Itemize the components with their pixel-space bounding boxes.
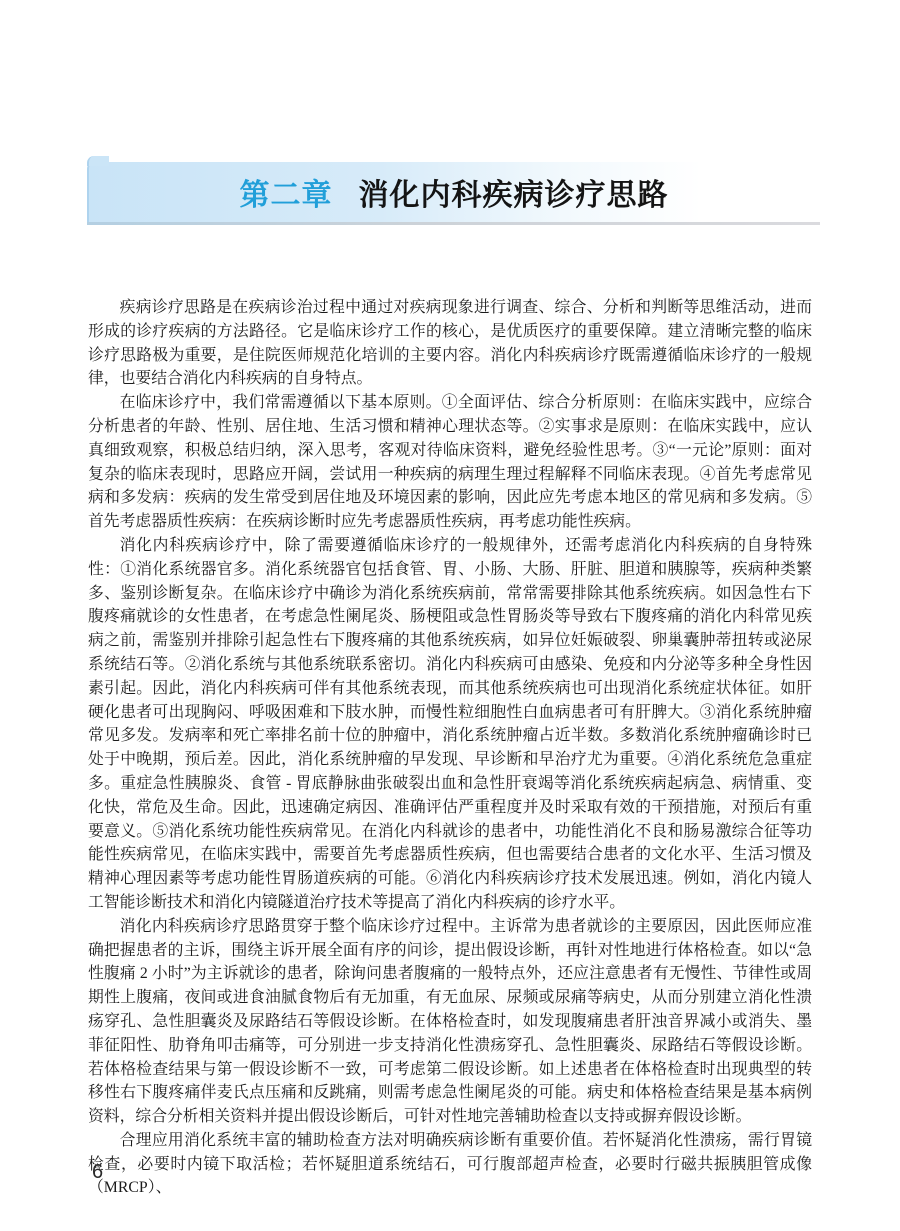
body-paragraph-1: 疾病诊疗思路是在疾病诊治过程中通过对疾病现象进行调查、综合、分析和判断等思维活动… — [88, 296, 812, 391]
page-number: 6 — [92, 1161, 103, 1184]
chapter-number-label: 第二章 — [240, 170, 333, 214]
body-content: 疾病诊疗思路是在疾病诊治过程中通过对疾病现象进行调查、综合、分析和判断等思维活动… — [88, 296, 812, 1200]
body-paragraph-2: 在临床诊疗中，我们常需遵循以下基本原则。①全面评估、综合分析原则：在临床实践中，… — [88, 391, 812, 534]
body-paragraph-5: 合理应用消化系统丰富的辅助检查方法对明确疾病诊断有重要价值。若怀疑消化性溃疡，需… — [88, 1129, 812, 1200]
chapter-banner: 第二章 消化内科疾病诊疗思路 — [87, 162, 819, 222]
body-paragraph-4: 消化内科疾病诊疗思路贯穿于整个临床诊疗过程中。主诉常为患者就诊的主要原因，因此医… — [88, 915, 812, 1129]
body-paragraph-3: 消化内科疾病诊疗中，除了需要遵循临床诊疗的一般规律外，还需考虑消化内科疾病的自身… — [88, 534, 812, 915]
chapter-title: 消化内科疾病诊疗思路 — [359, 170, 669, 214]
book-page: 第二章 消化内科疾病诊疗思路 疾病诊疗思路是在疾病诊治过程中通过对疾病现象进行调… — [0, 0, 900, 1231]
